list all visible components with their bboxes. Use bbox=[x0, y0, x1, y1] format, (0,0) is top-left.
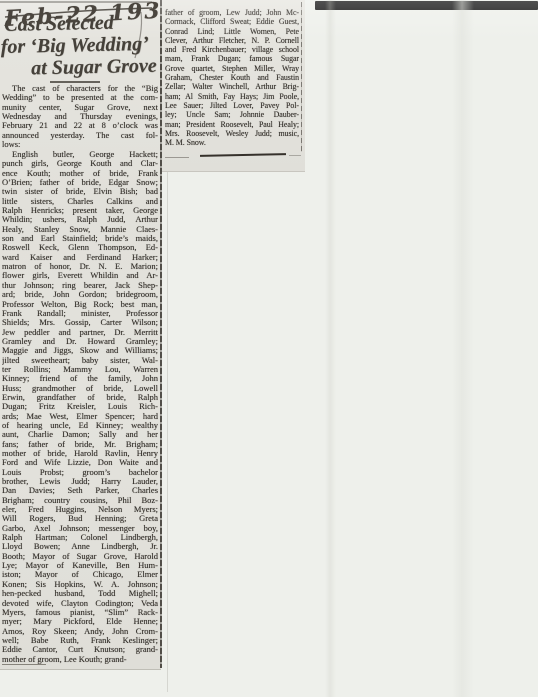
text-line: Roswell Keck, Glenn Thompson, Ed- bbox=[2, 243, 158, 252]
text-line: Clever, Arthur Fletcher, N. P. Cornell bbox=[165, 36, 299, 45]
text-line: Gramley and Dr. Howard Gramley; bbox=[2, 337, 158, 346]
text-line: ley; Uncle Sam; Johnnie Dauber- bbox=[165, 110, 299, 119]
text-line: ard; bride, John Gordon; bridegroom, bbox=[2, 290, 158, 299]
text-line: Wedding” to be presented at the com- bbox=[2, 93, 158, 102]
text-line: Booth; Mayor of Sugar Grove, Harold bbox=[2, 552, 158, 561]
text-line: flower girls, Everett Whildin and Ar- bbox=[2, 271, 158, 280]
text-line: myer; Mary Pickford, Elde Henne; bbox=[2, 617, 158, 626]
text-line: M. M. Snow. bbox=[165, 138, 299, 147]
text-line: Ralph Hartman; Colonel Lindbergh, bbox=[2, 533, 158, 542]
newspaper-clipping-right-column: father of groom, Lew Judd; John Mc-Corma… bbox=[162, 0, 305, 172]
text-line: Lye; Mayor of Kaneville, Ben Hum- bbox=[2, 561, 158, 570]
text-line: Healy, Stanley Snow, Mannie Claes- bbox=[2, 225, 158, 234]
article-end-mark bbox=[200, 153, 286, 157]
text-line: Ford and Wife Lizzie, Don Waite and bbox=[2, 458, 158, 467]
text-line: munity center, Sugar Grove, next bbox=[2, 103, 158, 112]
text-line: man; President Roosevelt, Paul Healy; bbox=[165, 120, 299, 129]
text-line: Ralph Henricks; present taker, George bbox=[2, 206, 158, 215]
text-line: thur Johnson; ring bearer, Jack Shep- bbox=[2, 281, 158, 290]
text-line: ter Rollins; Mammy Lou, Warren bbox=[2, 365, 158, 374]
text-line: lows: bbox=[2, 140, 158, 149]
text-line: Kinney; friend of the family, John bbox=[2, 374, 158, 383]
text-line: Dugan; Fritz Kreisler, Louis Rich- bbox=[2, 402, 158, 411]
text-line: mam, Frank Dugan; famous Sugar bbox=[165, 54, 299, 63]
text-line: O’Brien; father of bride, Edgar Snow; bbox=[2, 178, 158, 187]
text-line: iston; Mayor of Chicago, Elmer bbox=[2, 570, 158, 579]
text-line: Konen; Sis Hopkins, W. A. Johnson; bbox=[2, 580, 158, 589]
scanned-page: Feb-22 1934 Cast Selected for ‘Big Weddi… bbox=[0, 0, 538, 697]
text-line: Louis Probst; groom’s bachelor bbox=[2, 468, 158, 477]
text-line: fans; father of bride, Mr. Brigham; bbox=[2, 440, 158, 449]
text-line: Grove quartet, Stephen Miller, Wray bbox=[165, 64, 299, 73]
text-line: ham; Al Smith, Fay Hays; Jim Poole, bbox=[165, 92, 299, 101]
text-line: Dan Davies; Seth Parker, Charles bbox=[2, 486, 158, 495]
text-line: ward Kaiser and Ferdinand Harker; bbox=[2, 253, 158, 262]
text-line: jilted sweetheart; baby sister, Wal- bbox=[2, 356, 158, 365]
text-line: Frank Randall; minister, Professor bbox=[2, 309, 158, 318]
text-line: Mrs. Roosevelt, Wesley Judd; music, bbox=[165, 129, 299, 138]
text-line: Wednesday and Thursday evenings, bbox=[2, 112, 158, 121]
text-line: Eddie Cantor, Curt Knutson; grand- bbox=[2, 645, 158, 654]
end-pen-dash bbox=[289, 155, 301, 156]
text-line: Cormack, Clifford Sweat; Eddie Guest, bbox=[165, 17, 299, 26]
cast-list-left-column: English butler, George Hackett;punch gir… bbox=[2, 150, 158, 664]
text-line: announced yesterday. The cast fol- bbox=[2, 131, 158, 140]
text-line: Will Rogers, Bud Henning; Greta bbox=[2, 514, 158, 523]
text-line: punch girls, George Kouth and Clar- bbox=[2, 159, 158, 168]
text-line: Conrad Lind; Little Women, Pete bbox=[165, 27, 299, 36]
text-line: twin sister of bride, Elvin Bish; bad bbox=[2, 187, 158, 196]
text-line: of hearing uncle, Ed Kinney; wealthy bbox=[2, 421, 158, 430]
paper-fold-line bbox=[167, 172, 168, 692]
end-pen-scribble bbox=[165, 157, 189, 158]
newspaper-clipping-left-column: Feb-22 1934 Cast Selected for ‘Big Weddi… bbox=[0, 0, 161, 670]
text-line: Maggie and Jiggs, Skow and Williams; bbox=[2, 346, 158, 355]
text-line: Zellar; Walter Winchell, Arthur Brig- bbox=[165, 82, 299, 91]
text-line: Graham, Chester Kouth and Faustin bbox=[165, 73, 299, 82]
text-line: Professor Welton, Big Rock; best man, bbox=[2, 300, 158, 309]
text-line: Garbo, Axel Johnson; messenger boy, bbox=[2, 524, 158, 533]
text-line: Myers, famous pianist, “Slim” Rack- bbox=[2, 608, 158, 617]
text-line: son and Earl Stainfield; bride’s maids, bbox=[2, 234, 158, 243]
text-line: father of groom, Lew Judd; John Mc- bbox=[165, 8, 299, 17]
scanner-edge-bar bbox=[315, 1, 538, 10]
text-line: February 21 and 22 at 8 o’clock was bbox=[2, 121, 158, 130]
text-line: ence Kouth; mother of bride, Frank bbox=[2, 169, 158, 178]
text-line: Erwin, grandfather of bride, Ralph bbox=[2, 393, 158, 402]
text-line: Lee Sauer; Jilted Lover, Pavey Pol- bbox=[165, 101, 299, 110]
text-line: and Fred Kirchenbauer; village school bbox=[165, 45, 299, 54]
text-line: Lloyd Bowen; Anne Lindbergh, Jr. bbox=[2, 542, 158, 551]
text-line: aunt, Charlie Damon; Sally and her bbox=[2, 430, 158, 439]
bottom-pen-mark bbox=[2, 664, 46, 665]
text-line: mother of groom, Lee Kouth; grand- bbox=[2, 655, 158, 664]
text-line: The cast of characters for the “Big bbox=[2, 84, 158, 93]
text-line: Amos, Roy Skeen; Andy, John Crom- bbox=[2, 627, 158, 636]
text-line: little sisters, Charles Calkins and bbox=[2, 197, 158, 206]
text-line: Shields; Mrs. Gossip, Carter Wilson; bbox=[2, 318, 158, 327]
cast-list-right-column: father of groom, Lew Judd; John Mc-Corma… bbox=[165, 8, 299, 147]
text-line: ards; Mae West, Elmer Spencer; hard bbox=[2, 412, 158, 421]
text-line: Brigham; country cousins, Phil Boz- bbox=[2, 496, 158, 505]
article-intro-paragraph: The cast of characters for the “BigWeddi… bbox=[2, 84, 158, 149]
text-line: hen-pecked husband, Todd Mighell; bbox=[2, 589, 158, 598]
text-line: eler, Fred Huggins, Nelson Myers; bbox=[2, 505, 158, 514]
text-line: brother, Lewis Judd; Harry Lauder, bbox=[2, 477, 158, 486]
text-line: well; Babe Ruth, Frank Keslinger; bbox=[2, 636, 158, 645]
text-line: Whildin; ushers, Ralph Judd, Arthur bbox=[2, 215, 158, 224]
text-line: Jew peddler and partner, Dr. Merritt bbox=[2, 328, 158, 337]
right-column-rule bbox=[301, 2, 302, 152]
text-line: matron of honor, Dr. N. E. Marion; bbox=[2, 262, 158, 271]
text-line: devoted wife, Clayton Codington; Veda bbox=[2, 599, 158, 608]
text-line: Huss; grandmother of bride, Lowell bbox=[2, 384, 158, 393]
text-line: mother of bride, Harold Ravlin, Henry bbox=[2, 449, 158, 458]
text-line: English butler, George Hackett; bbox=[2, 150, 158, 159]
